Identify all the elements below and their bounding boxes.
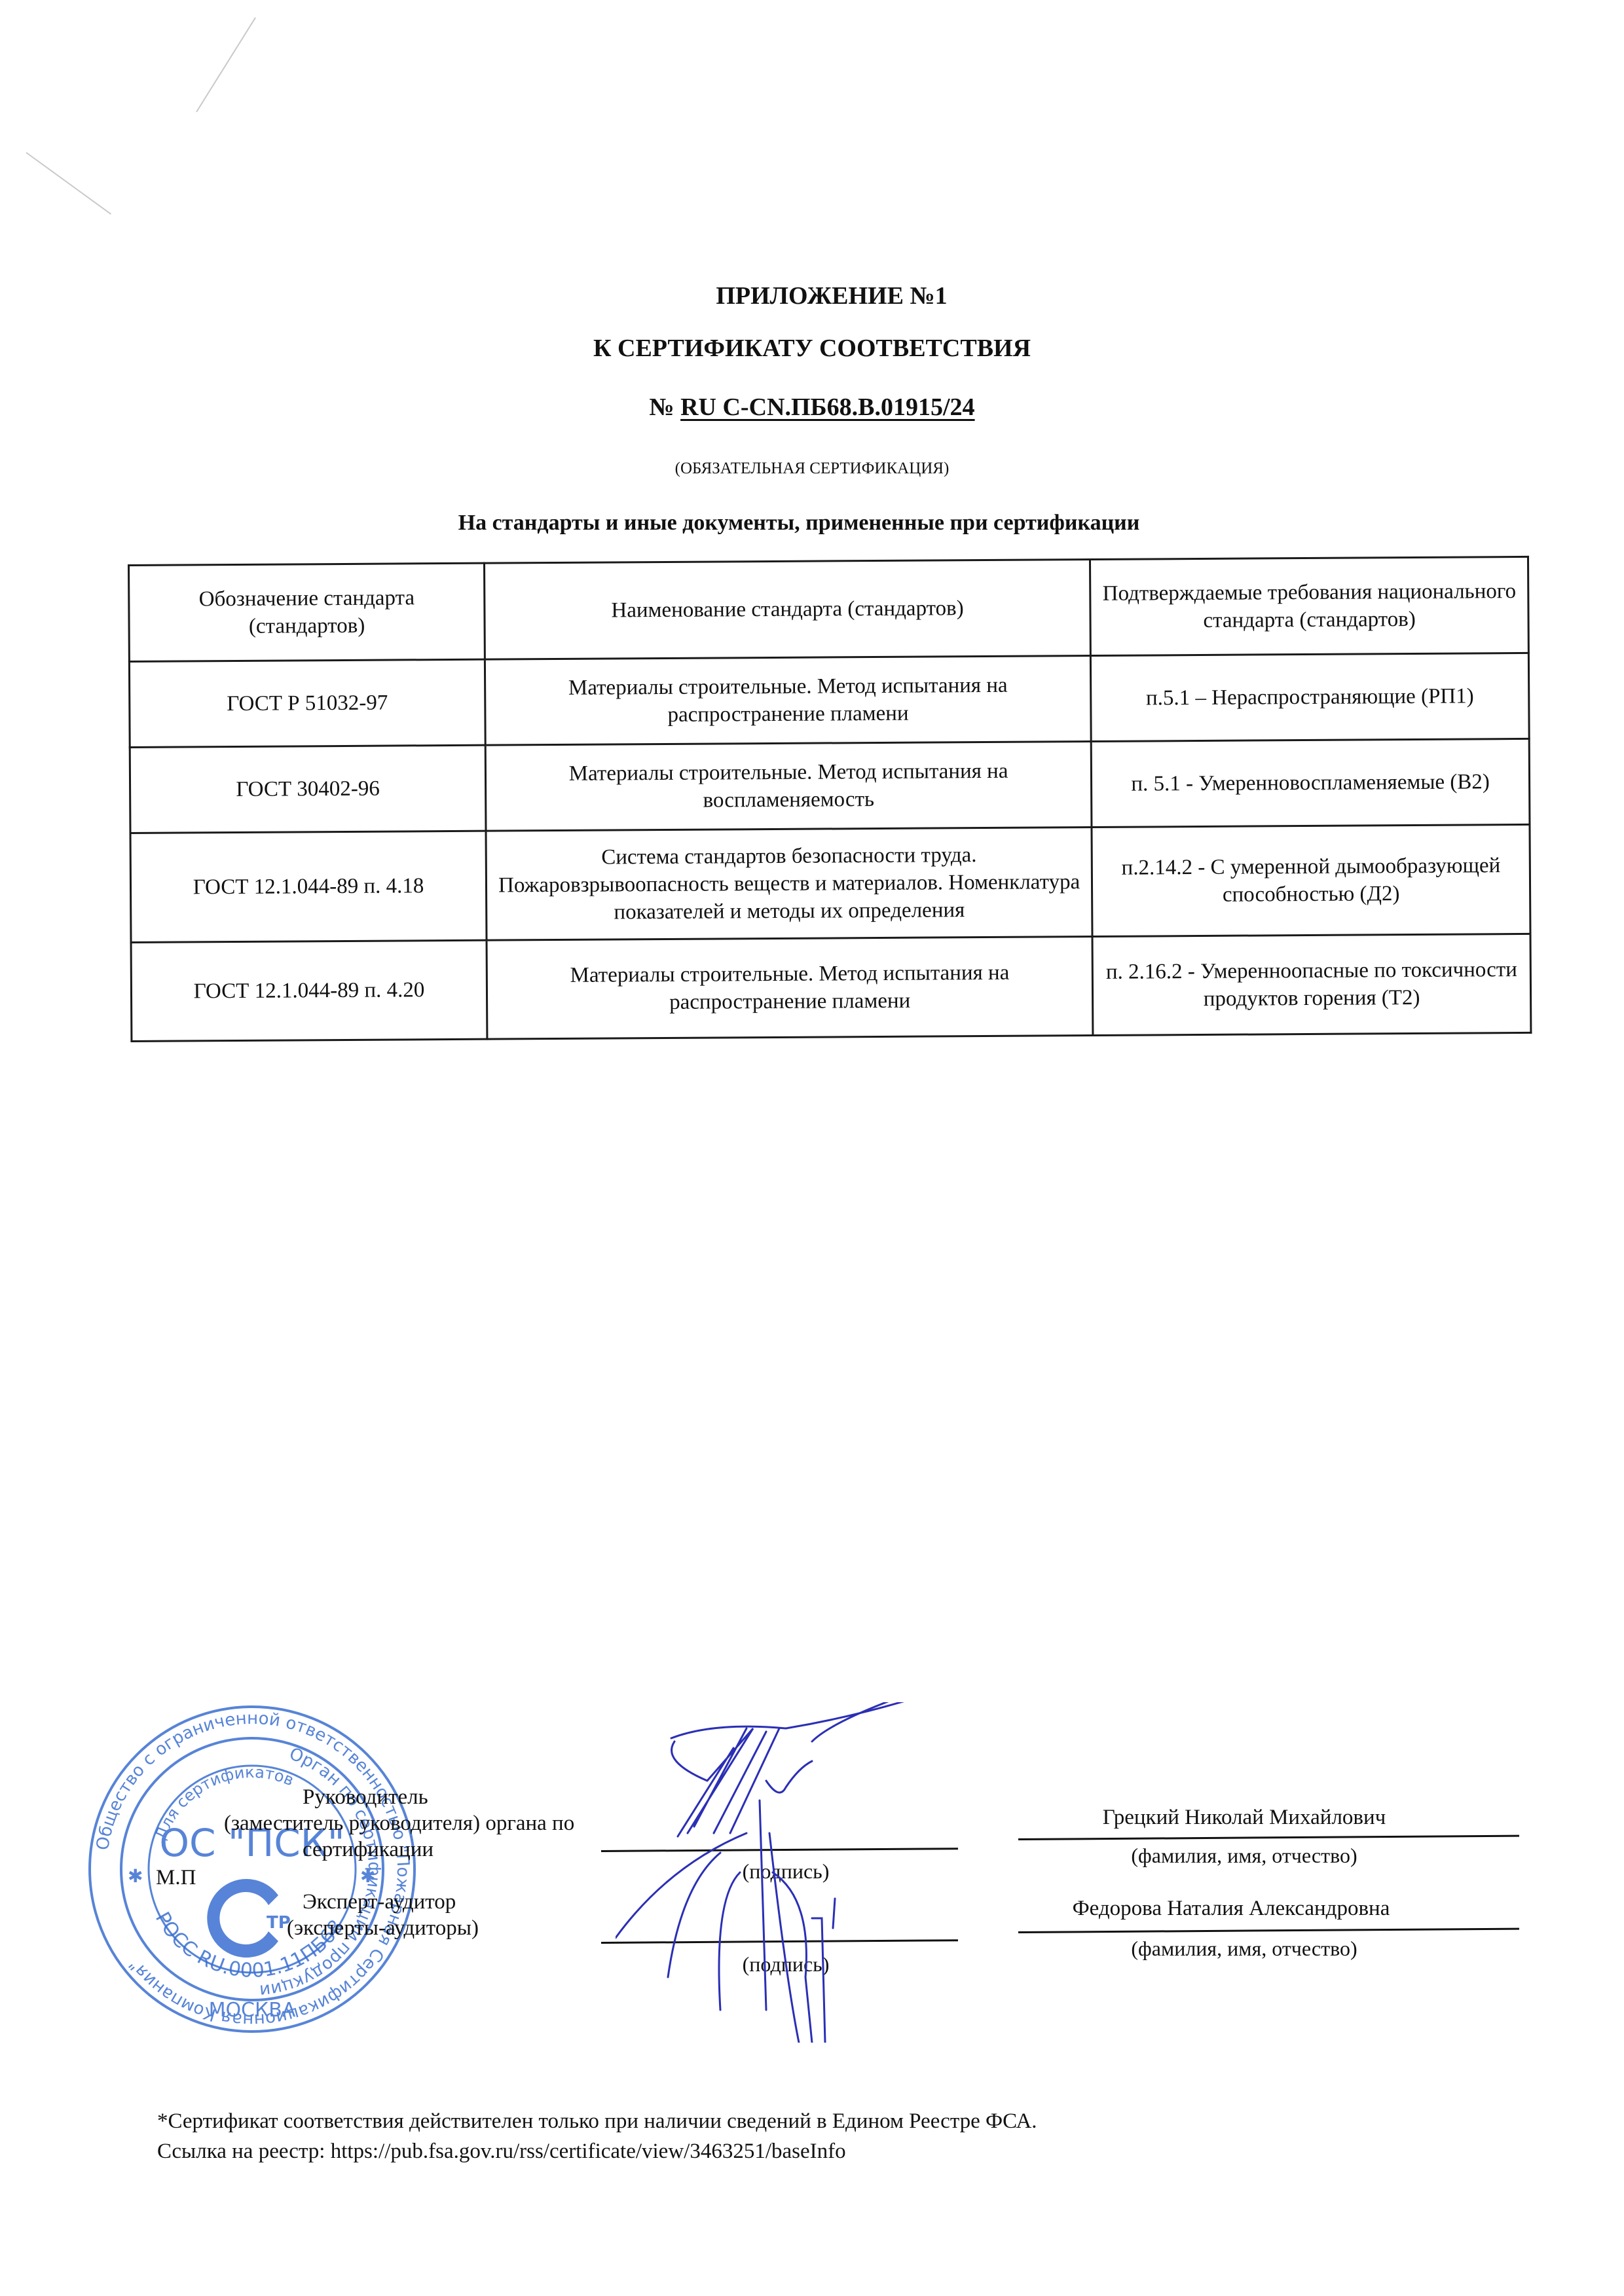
cell-name: Материалы строительные. Метод испытания … [485, 742, 1092, 831]
certificate-number-value: RU C-CN.ПБ68.В.01915/24 [680, 393, 974, 421]
cell-designation: ГОСТ 12.1.044-89 п. 4.20 [131, 940, 487, 1041]
stamp-star-icon: ✱ [128, 1865, 143, 1887]
cell-requirement: п. 2.16.2 - Умеренноопасные по токсичнос… [1092, 934, 1531, 1035]
cell-designation: ГОСТ 12.1.044-89 п. 4.18 [130, 831, 487, 942]
table-row: ГОСТ 12.1.044-89 п. 4.18 Система стандар… [130, 824, 1530, 942]
cell-designation: ГОСТ 30402-96 [130, 745, 486, 833]
expert-name-line [1018, 1928, 1519, 1933]
head-role-line1: Руководитель [303, 1784, 574, 1810]
cell-name: Система стандартов безопасности труда. П… [486, 828, 1092, 941]
head-role-label: Руководитель (заместитель руководителя) … [303, 1784, 574, 1863]
head-name-caption: (фамилия, имя, отчество) [995, 1844, 1493, 1868]
certificate-number: № RU C-CN.ПБ68.В.01915/24 [0, 393, 1624, 422]
header-name: Наименование стандарта (стандартов) [485, 560, 1091, 660]
head-name: Грецкий Николай Михайлович [995, 1806, 1493, 1830]
cell-requirement: п.5.1 – Нераспространяющие (РП1) [1091, 653, 1530, 741]
seal-label: М.П [156, 1865, 196, 1891]
certification-stamp: Общество с ограниченной ответственностью… [82, 1699, 422, 2039]
appendix-title: ПРИЛОЖЕНИЕ №1 [0, 282, 1624, 310]
header-requirements: Подтверждаемые требования национального … [1090, 556, 1529, 655]
expert-name-caption: (фамилия, имя, отчество) [995, 1937, 1493, 1961]
expert-role-label: Эксперт-аудитор (эксперты-аудиторы) [303, 1889, 479, 1941]
table-row: ГОСТ 30402-96 Материалы строительные. Ме… [130, 738, 1530, 833]
cell-requirement: п.2.14.2 - С умеренной дымообразующей сп… [1092, 824, 1530, 936]
expert-role-line2: (эксперты-аудиторы) [287, 1915, 479, 1941]
handwritten-signature [616, 1702, 982, 2043]
table-row: ГОСТ Р 51032-97 Материалы строительные. … [129, 653, 1529, 747]
standards-table: Обозначение стандарта (стандартов) Наиме… [128, 556, 1532, 1042]
validity-note: *Сертификат соответствия действителен то… [157, 2109, 1037, 2134]
head-role-line3: сертификации [303, 1836, 574, 1863]
appendix-subtitle: К СЕРТИФИКАТУ СООТВЕТСТВИЯ [0, 334, 1624, 363]
scan-mark [26, 152, 111, 215]
expert-name: Федорова Наталия Александровна [982, 1897, 1480, 1921]
certification-type: (ОБЯЗАТЕЛЬНАЯ СЕРТИФИКАЦИЯ) [0, 460, 1624, 478]
table-header-row: Обозначение стандарта (стандартов) Наиме… [129, 556, 1529, 661]
number-sign: № [649, 393, 680, 421]
cell-designation: ГОСТ Р 51032-97 [129, 659, 485, 747]
ctr-logo-icon: ТР [207, 1879, 291, 1958]
scan-mark [196, 17, 256, 112]
registry-link[interactable]: Ссылка на реестр: https://pub.fsa.gov.ru… [157, 2140, 846, 2164]
stamp-star-icon: ✱ [360, 1865, 375, 1887]
cell-name: Материалы строительные. Метод испытания … [485, 656, 1091, 746]
table-caption: На стандарты и иные документы, примененн… [0, 511, 1611, 536]
head-name-line [1018, 1835, 1519, 1840]
stamp-city: МОСКВА [209, 1999, 296, 2022]
table-row: ГОСТ 12.1.044-89 п. 4.20 Материалы строи… [131, 934, 1531, 1041]
cell-requirement: п. 5.1 - Умеренновоспламеняемые (В2) [1091, 738, 1530, 827]
cell-name: Материалы строительные. Метод испытания … [487, 937, 1093, 1040]
header-designation: Обозначение стандарта (стандартов) [129, 563, 485, 661]
head-role-line2: (заместитель руководителя) органа по [224, 1810, 574, 1836]
expert-role-line1: Эксперт-аудитор [303, 1889, 479, 1915]
